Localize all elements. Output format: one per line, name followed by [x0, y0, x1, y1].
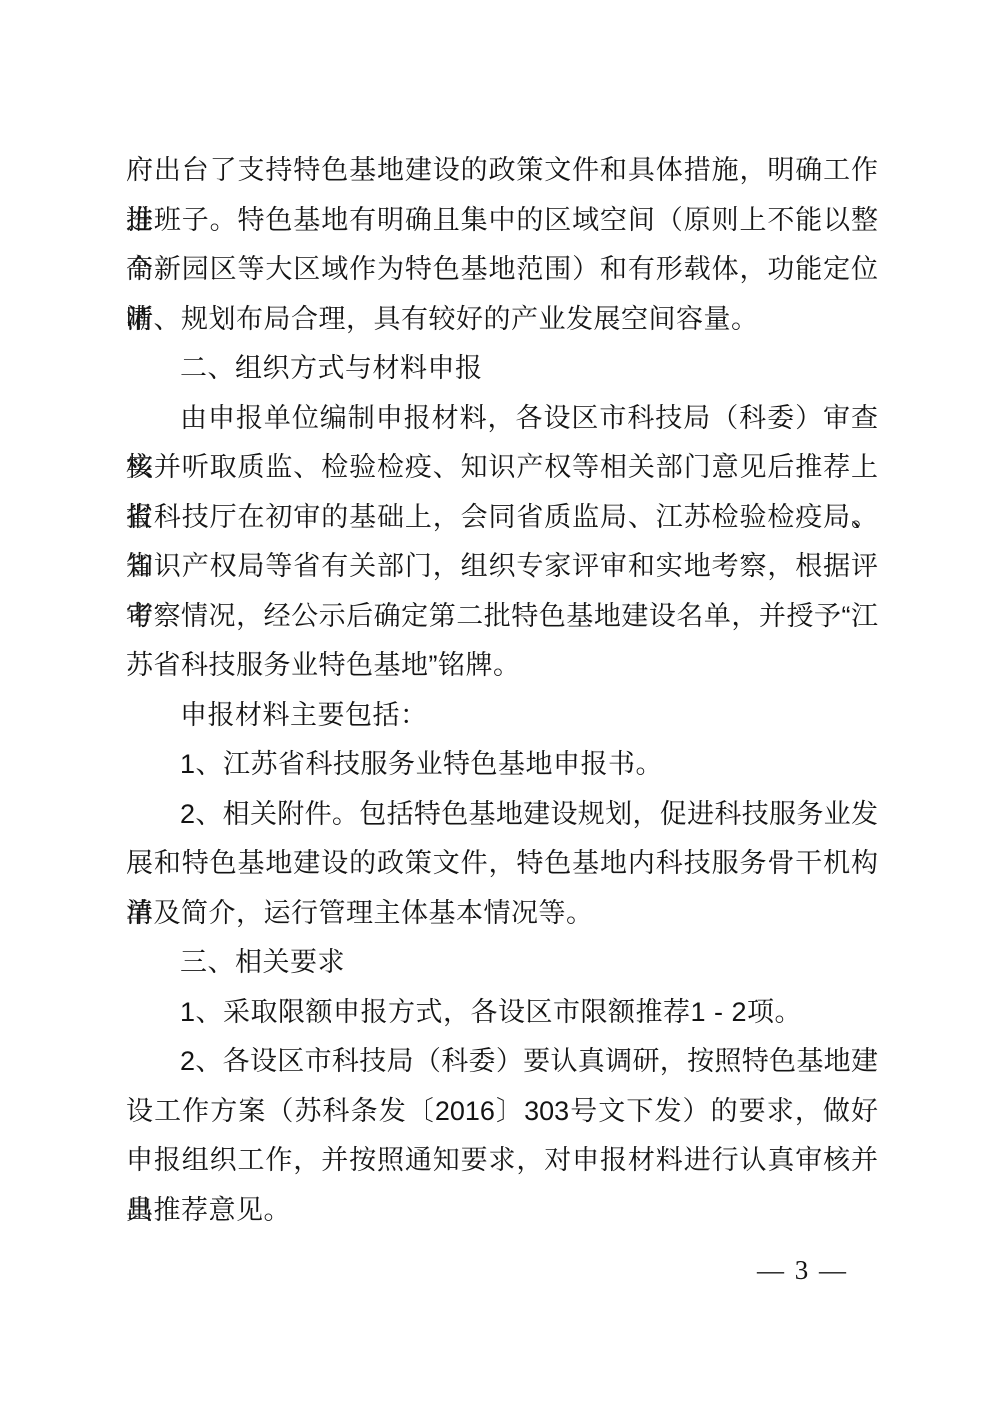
- list-item: 2、相关附件。包括特色基地建设规划，促进科技服务业发: [126, 790, 878, 840]
- text-line: 进班子。特色基地有明确且集中的区域空间（原则上不能以整个: [126, 196, 878, 246]
- text-line: 单及简介，运行管理主体基本情况等。: [126, 889, 878, 939]
- list-item: 1、江苏省科技服务业特色基地申报书。: [126, 740, 878, 790]
- text-line: 实并听取质监、检验检疫、知识产权等相关部门意见后推荐上报。: [126, 443, 878, 493]
- document-body: 府出台了支持特色基地建设的政策文件和具体措施，明确工作推 进班子。特色基地有明确…: [126, 146, 878, 1235]
- section-heading: 二、组织方式与材料申报: [126, 344, 878, 394]
- text-line: 苏省科技服务业特色基地”铭牌。: [126, 641, 878, 691]
- list-item: 2、各设区市科技局（科委）要认真调研，按照特色基地建: [126, 1037, 878, 1087]
- list-item: 1、采取限额申报方式，各设区市限额推荐1 - 2项。: [126, 988, 878, 1038]
- text-line: 设工作方案（苏科条发〔2016〕303号文下发）的要求，做好: [126, 1087, 878, 1137]
- text-line: 考察情况，经公示后确定第二批特色基地建设名单，并授予“江: [126, 592, 878, 642]
- text-line: 晰、规划布局合理，具有较好的产业发展空间容量。: [126, 295, 878, 345]
- text-line: 申报材料主要包括：: [126, 691, 878, 741]
- text-line: 具推荐意见。: [126, 1186, 878, 1236]
- section-heading: 三、相关要求: [126, 938, 878, 988]
- page-number: — 3 —: [757, 1252, 848, 1288]
- text-line: 申报组织工作，并按照通知要求，对申报材料进行认真审核并出: [126, 1136, 878, 1186]
- text-line: 省科技厅在初审的基础上，会同省质监局、江苏检验检疫局、省: [126, 493, 878, 543]
- document-page: 府出台了支持特色基地建设的政策文件和具体措施，明确工作推 进班子。特色基地有明确…: [0, 0, 1000, 1414]
- text-line: 知识产权局等省有关部门，组织专家评审和实地考察，根据评审: [126, 542, 878, 592]
- text-line: 展和特色基地建设的政策文件，特色基地内科技服务骨干机构清: [126, 839, 878, 889]
- text-line: 府出台了支持特色基地建设的政策文件和具体措施，明确工作推: [126, 146, 878, 196]
- text-line: 高新园区等大区域作为特色基地范围）和有形载体，功能定位清: [126, 245, 878, 295]
- text-line: 由申报单位编制申报材料，各设区市科技局（科委）审查核: [126, 394, 878, 444]
